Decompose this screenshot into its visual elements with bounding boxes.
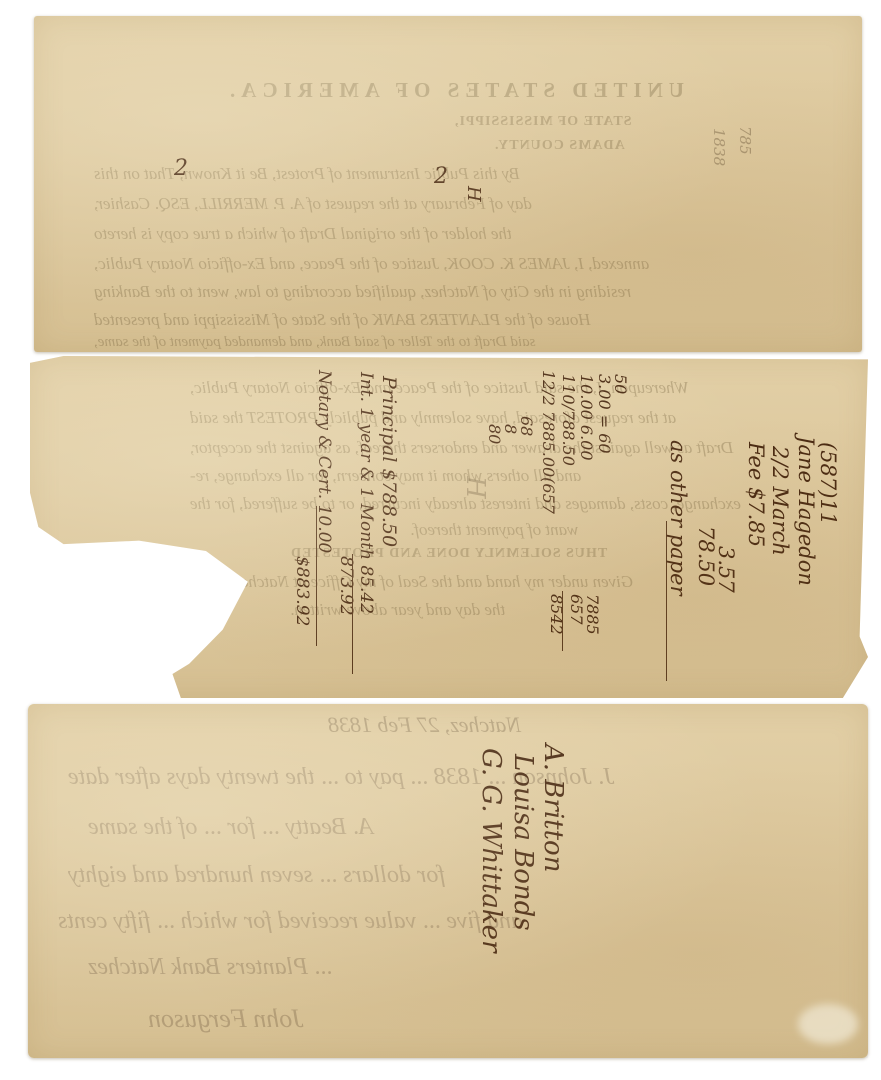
mirrored-mid-line-3: Draft as well against the drawer and end…: [190, 438, 733, 458]
endorsement-2: Louisa Bonds: [508, 754, 538, 931]
mirrored-line-5: residing in the City of Natchez, qualifi…: [94, 282, 631, 302]
principal-line: Principal $788.50: [378, 376, 400, 547]
endorsement-3: G. G. Whittaker: [476, 748, 506, 953]
pencil-note-785: 785: [736, 126, 754, 155]
calc-line-4: 110/788.50: [559, 374, 578, 466]
mirrored-line-7: said Draft to the Teller of said Bank, a…: [94, 334, 535, 351]
handwritten-day-2: 2: [434, 164, 448, 189]
mirrored-title: UNITED STATES OF AMERICA.: [224, 78, 684, 103]
drawee-name: Jane Hagedon: [794, 436, 818, 586]
endorsement-1: A. Britton: [538, 744, 568, 872]
mid-mark: H: [460, 476, 490, 499]
calc-8542: 8542: [547, 594, 566, 635]
handwritten-day: 2: [174, 156, 188, 181]
as-other-paper: as other paper: [666, 440, 690, 596]
calc-line-5: 12/2 7885.00(657: [539, 370, 558, 514]
document-panel-middle: Whereupon, I, the said Justice of the Pe…: [30, 356, 868, 698]
mirrored-line-4: annexed, I, JAMES K. COOK, Justice of th…: [94, 254, 649, 274]
mirrored-state: STATE OF MISSISSIPPI,: [454, 114, 632, 130]
faint-signature: John Ferguson: [148, 1004, 304, 1034]
interest-line: Int. 1 year & 1 Month 85.42: [356, 372, 376, 614]
total-rule-1: [352, 554, 353, 674]
document-panel-top: UNITED STATES OF AMERICA. STATE OF MISSI…: [34, 16, 862, 352]
calc-line-2: 3.00 = 60: [595, 374, 614, 454]
calc-657: 657: [567, 594, 586, 625]
document-panel-bottom: Natchez, 27 Feb 1838 J. Johnson ... 1838…: [28, 704, 868, 1058]
subtotal-line: 873.92: [336, 556, 356, 615]
mirrored-line-1: By this Public Instrument of Protest, Be…: [94, 164, 520, 184]
mirrored-mid-line-8: Given under my hand and the Seal of my O…: [230, 572, 633, 592]
ledger-number: (587)11: [816, 442, 840, 525]
mirrored-county: ADAMS COUNTY.: [494, 138, 625, 154]
faint-line-4: and five ... value received for which ..…: [58, 908, 523, 935]
fee-line: Fee $7.85: [744, 442, 768, 547]
calc-rule: [562, 591, 563, 651]
faint-date-line: Natchez, 27 Feb 1838: [328, 712, 521, 738]
handwritten-mark: H: [463, 186, 484, 202]
notary-fee-line: Notary & Cert. 10.00: [314, 370, 334, 553]
total-line: $883.92: [292, 556, 312, 626]
mirrored-line-6: House of the PLANTERS BANK of the State …: [94, 310, 591, 330]
amount-7850: 78.50: [694, 526, 718, 586]
mirrored-line-3: the holder of the original Draft of whic…: [94, 224, 512, 244]
faint-line-5: ... Planters Bank Natchez: [88, 954, 332, 981]
mirrored-mid-line-6: want of payment thereof.: [410, 520, 578, 540]
due-date: 2/2 March: [768, 446, 792, 556]
faint-line-3: for dollars ... seven hundred and eighty: [68, 862, 445, 889]
pencil-note-year: 1838: [710, 128, 728, 166]
paper-stain: [798, 1004, 858, 1044]
calc-line-3: 10.00 6.00: [577, 374, 596, 461]
total-rule-2: [316, 506, 317, 646]
faint-line-2: A. Beatty ... for ... of the same: [88, 814, 373, 841]
calc-line-8: 80: [485, 424, 504, 444]
mirrored-mid-line-9: the day and year above written.: [290, 600, 505, 620]
